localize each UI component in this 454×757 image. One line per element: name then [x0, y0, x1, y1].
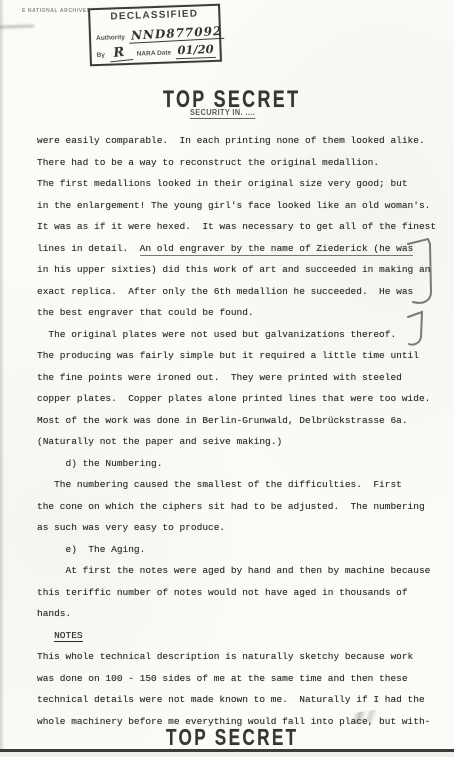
text-line: were easily comparable. In each printing… [37, 130, 449, 152]
scan-bottom-margin [0, 752, 454, 757]
scan-edge-artifact [0, 0, 4, 757]
text-line: The numbering caused the smallest of the… [37, 474, 449, 496]
text-line: lines in detail. An old engraver by the … [37, 238, 449, 260]
pencil-underlined-text: An old engraver by the name of Ziederick… [140, 243, 414, 256]
text-line: e) The Aging. [37, 539, 449, 561]
text-line: copper plates. Copper plates alone print… [37, 388, 449, 410]
scan-smudge [0, 24, 34, 28]
underlined-heading-text: NOTES [54, 630, 83, 643]
text-line: exact replica. After only the 6th medall… [37, 281, 449, 303]
text-line: NOTES [37, 625, 449, 647]
archives-watermark: E NATIONAL ARCHIVES [22, 8, 91, 14]
text-line: Most of the work was done in Berlin-Grun… [37, 410, 449, 432]
date-value-handwritten: 01/20 [175, 44, 216, 59]
declassified-stamp-title: DECLASSIFIED [90, 8, 218, 23]
pencil-bracket-large [405, 236, 441, 310]
reviewer-signature-handwritten: R [109, 45, 133, 62]
declassified-stamp-by-row: By R NARA Date 01/20 [96, 40, 216, 62]
text-line: The producing was fairly simple but it r… [37, 345, 449, 367]
document-body: were easily comparable. In each printing… [37, 130, 449, 732]
security-information-line: SECURITY IN. .... [190, 108, 255, 119]
text-line: in his upper sixties) did this work of a… [37, 259, 449, 281]
by-label: By [97, 52, 106, 59]
document-page: E NATIONAL ARCHIVES DECLASSIFIED Authori… [0, 0, 454, 757]
text-line: technical details were not made known to… [37, 689, 449, 711]
text-line: (Naturally not the paper and seive makin… [37, 431, 449, 453]
text-line: This whole technical description is natu… [37, 646, 449, 668]
text-line: was done on 100 - 150 sides of me at the… [37, 668, 449, 690]
top-secret-stamp-footer: TOP SECRET [166, 724, 298, 751]
nara-date-label: NARA Date [137, 49, 172, 57]
text-line: this teriffic number of notes would not … [37, 582, 449, 604]
text-line: There had to be a way to reconstruct the… [37, 152, 449, 174]
declassified-stamp: DECLASSIFIED Authority NND877092 By R NA… [88, 4, 222, 67]
text-line: It was as if it were hexed. It was neces… [37, 216, 449, 238]
text-line: The original plates were not used but ga… [37, 324, 449, 346]
text-line: d) the Numbering. [37, 453, 449, 475]
text-line: as such was very easy to produce. [37, 517, 449, 539]
text-line: At first the notes were aged by hand and… [37, 560, 449, 582]
text-line: hands. [37, 603, 449, 625]
text-line: the fine points were ironed out. They we… [37, 367, 449, 389]
text-line: the cone on which the ciphers sit had to… [37, 496, 449, 518]
text-line: in the enlargement! The young girl's fac… [37, 195, 449, 217]
pencil-bracket-small [405, 310, 429, 348]
text-line: the best engraver that could be found. [37, 302, 449, 324]
text-line: The first medallions looked in their ori… [37, 173, 449, 195]
authority-label: Authority [96, 34, 125, 42]
